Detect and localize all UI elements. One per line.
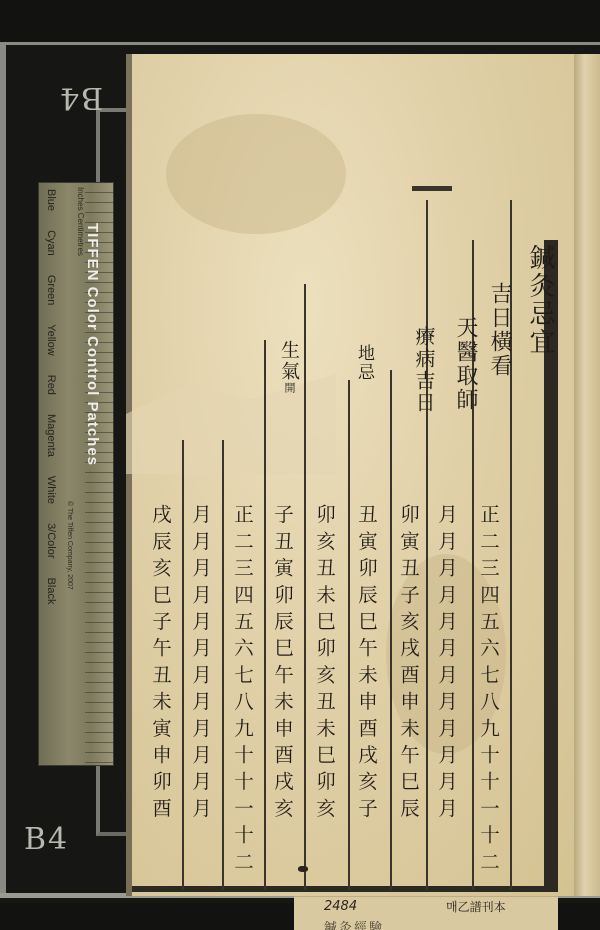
column-rule: [182, 440, 184, 890]
patch-label: Magenta: [45, 414, 57, 457]
page-border-bottom: [132, 886, 558, 892]
heading-shengqi: 生氣開: [276, 340, 303, 395]
catalog-note: 매乙譜刊本: [446, 898, 506, 915]
patch-label: Cyan: [45, 230, 57, 256]
color-control-strip: Inches Centimetres TIFFEN Color Control …: [38, 182, 114, 766]
heading-diji: 地忌: [352, 344, 377, 382]
page-left-edge: [126, 54, 132, 896]
liaobing-column: 丑寅卯辰巳午未申酉戌亥子: [352, 504, 380, 824]
patch-label: 3/Color: [45, 523, 57, 558]
column-rule: [304, 284, 306, 890]
patch-labels: Blue Cyan Green Yellow Red Magenta White…: [45, 189, 57, 605]
board-frame-left: [0, 42, 6, 897]
months-column-2: 正二三四五六七八九十十一十二: [228, 504, 256, 878]
ink-spot: [298, 866, 308, 872]
strip-brand-label: TIFFEN Color Control Patches: [84, 223, 101, 466]
patch-label: Black: [45, 578, 57, 605]
months-column: 正二三四五六七八九十十一十二: [474, 504, 502, 878]
heading-tianyi: 天醫取師: [450, 316, 481, 412]
book-page: 鍼灸忌宜 吉日橫看 天醫取師 療病吉日 地忌 生氣開 正二三四五六七八九十十一十…: [126, 54, 574, 896]
tianyi-column: 卯寅丑子亥戌酉申未午巳辰: [394, 504, 422, 824]
month-suffix-column: 月月月月月月月月月月月月: [432, 504, 460, 824]
heading-liaobing: 療病吉日: [410, 326, 439, 414]
column-rule: [426, 200, 428, 890]
paper-stain: [166, 114, 346, 234]
catalog-number: 2484: [324, 899, 357, 914]
column-rule: [264, 340, 266, 890]
heading-jiri: 吉日橫看: [484, 282, 515, 378]
catalog-title: 鍼灸經驗: [324, 917, 384, 930]
heading-shengqi-text: 生氣: [278, 340, 300, 382]
column-rule: [222, 440, 224, 890]
shengqi-column: 子丑寅卯辰巳午未申酉戌亥: [268, 504, 296, 824]
diji-column: 卯亥丑未巳卯亥丑未巳卯亥: [310, 504, 338, 824]
month-suffix-column-2: 月月月月月月月月月月月月: [186, 504, 214, 824]
column-rule: [348, 380, 350, 890]
patch-label: Blue: [45, 189, 57, 211]
top-rule: [412, 186, 452, 191]
document-title: 鍼灸忌宜: [522, 244, 559, 356]
catalog-tag: 2484 매乙譜刊本 鍼灸經驗: [294, 896, 558, 930]
patch-label: Yellow: [45, 324, 57, 355]
strip-copyright: © The Tiffen Company, 2007: [66, 501, 73, 590]
board-label-bottom: B4: [24, 822, 69, 857]
extra-column: 戌辰亥巳子午丑未寅申卯酉: [146, 504, 174, 824]
column-rule: [390, 370, 392, 890]
patch-label: Red: [45, 375, 57, 395]
board-label-top: B4: [58, 80, 103, 115]
next-page-edge: [574, 54, 600, 896]
patch-label: White: [45, 476, 57, 504]
heading-annotation: 開: [283, 382, 296, 395]
patch-label: Green: [45, 275, 57, 306]
